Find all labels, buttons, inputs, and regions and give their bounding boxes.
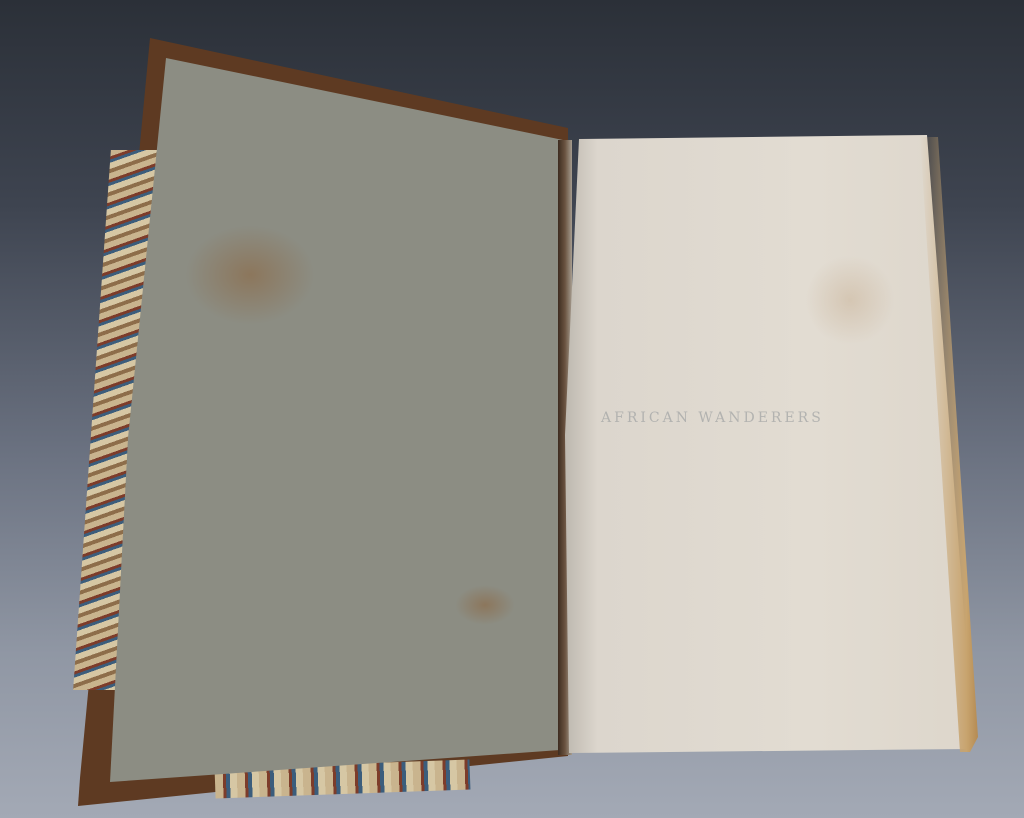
photo-scene: AFRICAN WANDERERS xyxy=(0,0,1024,818)
page-stain xyxy=(805,255,895,345)
foxing-stain-small xyxy=(455,585,515,625)
left-endpaper xyxy=(108,58,563,782)
right-title-page xyxy=(565,135,973,753)
foxing-stain xyxy=(185,225,315,325)
faint-book-title: AFRICAN WANDERERS xyxy=(601,410,881,426)
